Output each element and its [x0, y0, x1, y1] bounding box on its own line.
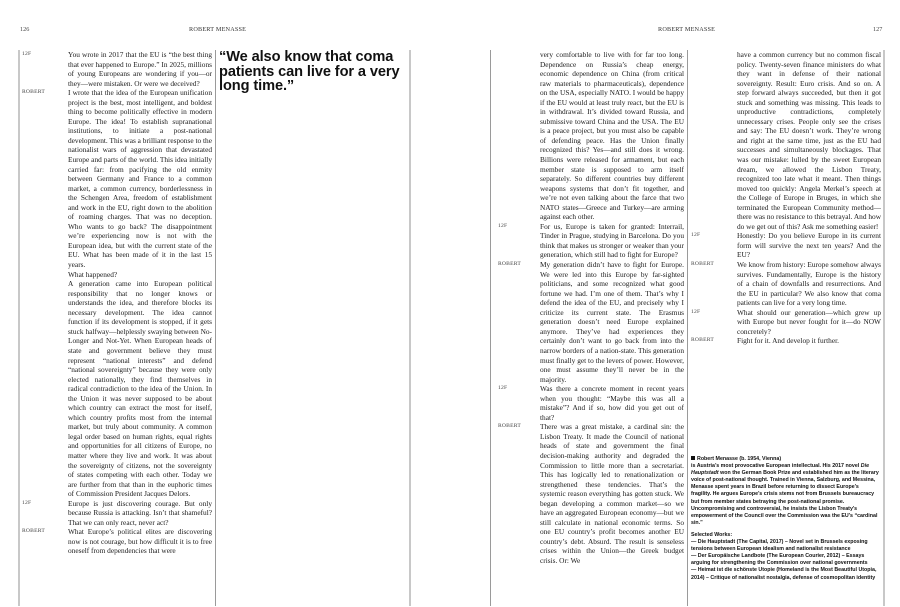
turn-text: For us, Europe is taken for granted: Int… — [540, 222, 684, 260]
square-bullet-icon — [691, 456, 695, 460]
page-frame-right-border — [883, 50, 885, 606]
interview-turn: 12F What should our generation—which gre… — [691, 308, 881, 337]
page-frame-left-border — [490, 50, 491, 606]
interview-turn: 12F Was there a concrete moment in recen… — [494, 384, 684, 422]
turn-text: My generation didn’t have to fight for E… — [540, 260, 684, 384]
interview-turn: ROBERT My generation didn’t have to figh… — [494, 260, 684, 384]
bio-paragraph: is Austria’s most provocative European i… — [691, 463, 879, 527]
turn-text: Was there a concrete moment in recent ye… — [540, 384, 684, 422]
bio-text: is Austria’s most provocative European i… — [691, 463, 861, 469]
interview-turn: ROBERT Fight for it. And develop it furt… — [691, 336, 881, 346]
speaker-label: 12F — [498, 223, 507, 229]
speaker-label: 12F — [22, 51, 31, 57]
turn-text: I wrote that the idea of the European un… — [68, 88, 212, 269]
turn-text: Fight for it. And develop it further. — [737, 336, 881, 346]
interview-column-left: 12F You wrote in 2017 that the EU is “th… — [22, 50, 212, 556]
selected-work-item: — Heimat ist die schönste Utopie (Homela… — [691, 567, 879, 581]
interview-turn: ROBERT We know from history: Europe some… — [691, 260, 881, 308]
turn-text: There was a great mistake, a cardinal si… — [540, 422, 684, 565]
speaker-label: ROBERT — [498, 261, 521, 267]
speaker-label: ROBERT — [691, 337, 714, 343]
page-frame-right-border — [409, 50, 411, 606]
speaker-label: 12F — [498, 385, 507, 391]
interview-turn: very comfortable to live with for far to… — [494, 50, 684, 222]
speaker-label: ROBERT — [691, 261, 714, 267]
turn-text: Honestly: Do you believe Europe in its c… — [737, 231, 881, 260]
selected-work-item: — Die Hauptstadt (The Capital, 2017) – N… — [691, 539, 879, 553]
running-head-left: ROBERT MENASSE — [189, 26, 246, 33]
speaker-label: ROBERT — [22, 89, 45, 95]
bio-text: won the German Book Prize and establishe… — [691, 470, 879, 526]
turn-text: What happened? — [68, 270, 212, 280]
interview-turn: ROBERT I wrote that the idea of the Euro… — [22, 88, 212, 269]
page-number-left: 126 — [20, 26, 29, 33]
interview-turn: 12F Honestly: Do you believe Europe in i… — [691, 231, 881, 260]
interview-column-right: have a common currency but no common fis… — [691, 50, 881, 346]
author-bio-box: Robert Menasse (b. 1954, Vienna) is Aust… — [691, 456, 879, 582]
turn-text: Europe is just discovering courage. But … — [68, 499, 212, 528]
speaker-label: 12F — [691, 232, 700, 238]
page-number-right: 127 — [873, 26, 882, 33]
column-divider-right — [687, 50, 688, 606]
speaker-label: 12F — [22, 500, 31, 506]
bio-name-line: Robert Menasse (b. 1954, Vienna) — [691, 456, 879, 463]
speaker-label: 12F — [691, 309, 700, 315]
turn-text: have a common currency but no common fis… — [737, 50, 881, 231]
interview-turn: 12F You wrote in 2017 that the EU is “th… — [22, 50, 212, 88]
turn-text: What Europe’s political elites are disco… — [68, 527, 212, 556]
interview-turn: ROBERT There was a great mistake, a card… — [494, 422, 684, 565]
turn-text: very comfortable to live with for far to… — [540, 50, 684, 222]
turn-text: A generation came into European politica… — [68, 279, 212, 499]
selected-work-item: — Der Europäische Landbote (The European… — [691, 553, 879, 567]
interview-turn: have a common currency but no common fis… — [691, 50, 881, 231]
speaker-label: ROBERT — [22, 528, 45, 534]
bio-name: Robert Menasse (b. 1954, Vienna) — [697, 456, 781, 462]
running-head-right: ROBERT MENASSE — [658, 26, 715, 33]
selected-works-heading: Selected Works: — [691, 532, 879, 539]
pull-quote: “We also know that coma patients can liv… — [219, 50, 409, 94]
speaker-label: ROBERT — [498, 423, 521, 429]
turn-text: We know from history: Europe somehow alw… — [737, 260, 881, 308]
column-divider-left — [215, 50, 216, 606]
turn-text: What should our generation—which grew up… — [737, 308, 881, 337]
turn-text: You wrote in 2017 that the EU is “the be… — [68, 50, 212, 88]
interview-turn: 12F Europe is just discovering courage. … — [22, 499, 212, 528]
interview-turn: ROBERT What Europe’s political elites ar… — [22, 527, 212, 556]
interview-column-middle: very comfortable to live with for far to… — [494, 50, 684, 566]
page-frame-left-border — [18, 50, 20, 606]
interview-turn: 12F For us, Europe is taken for granted:… — [494, 222, 684, 260]
interview-question: What happened? — [22, 270, 212, 280]
interview-turn: A generation came into European politica… — [22, 279, 212, 499]
